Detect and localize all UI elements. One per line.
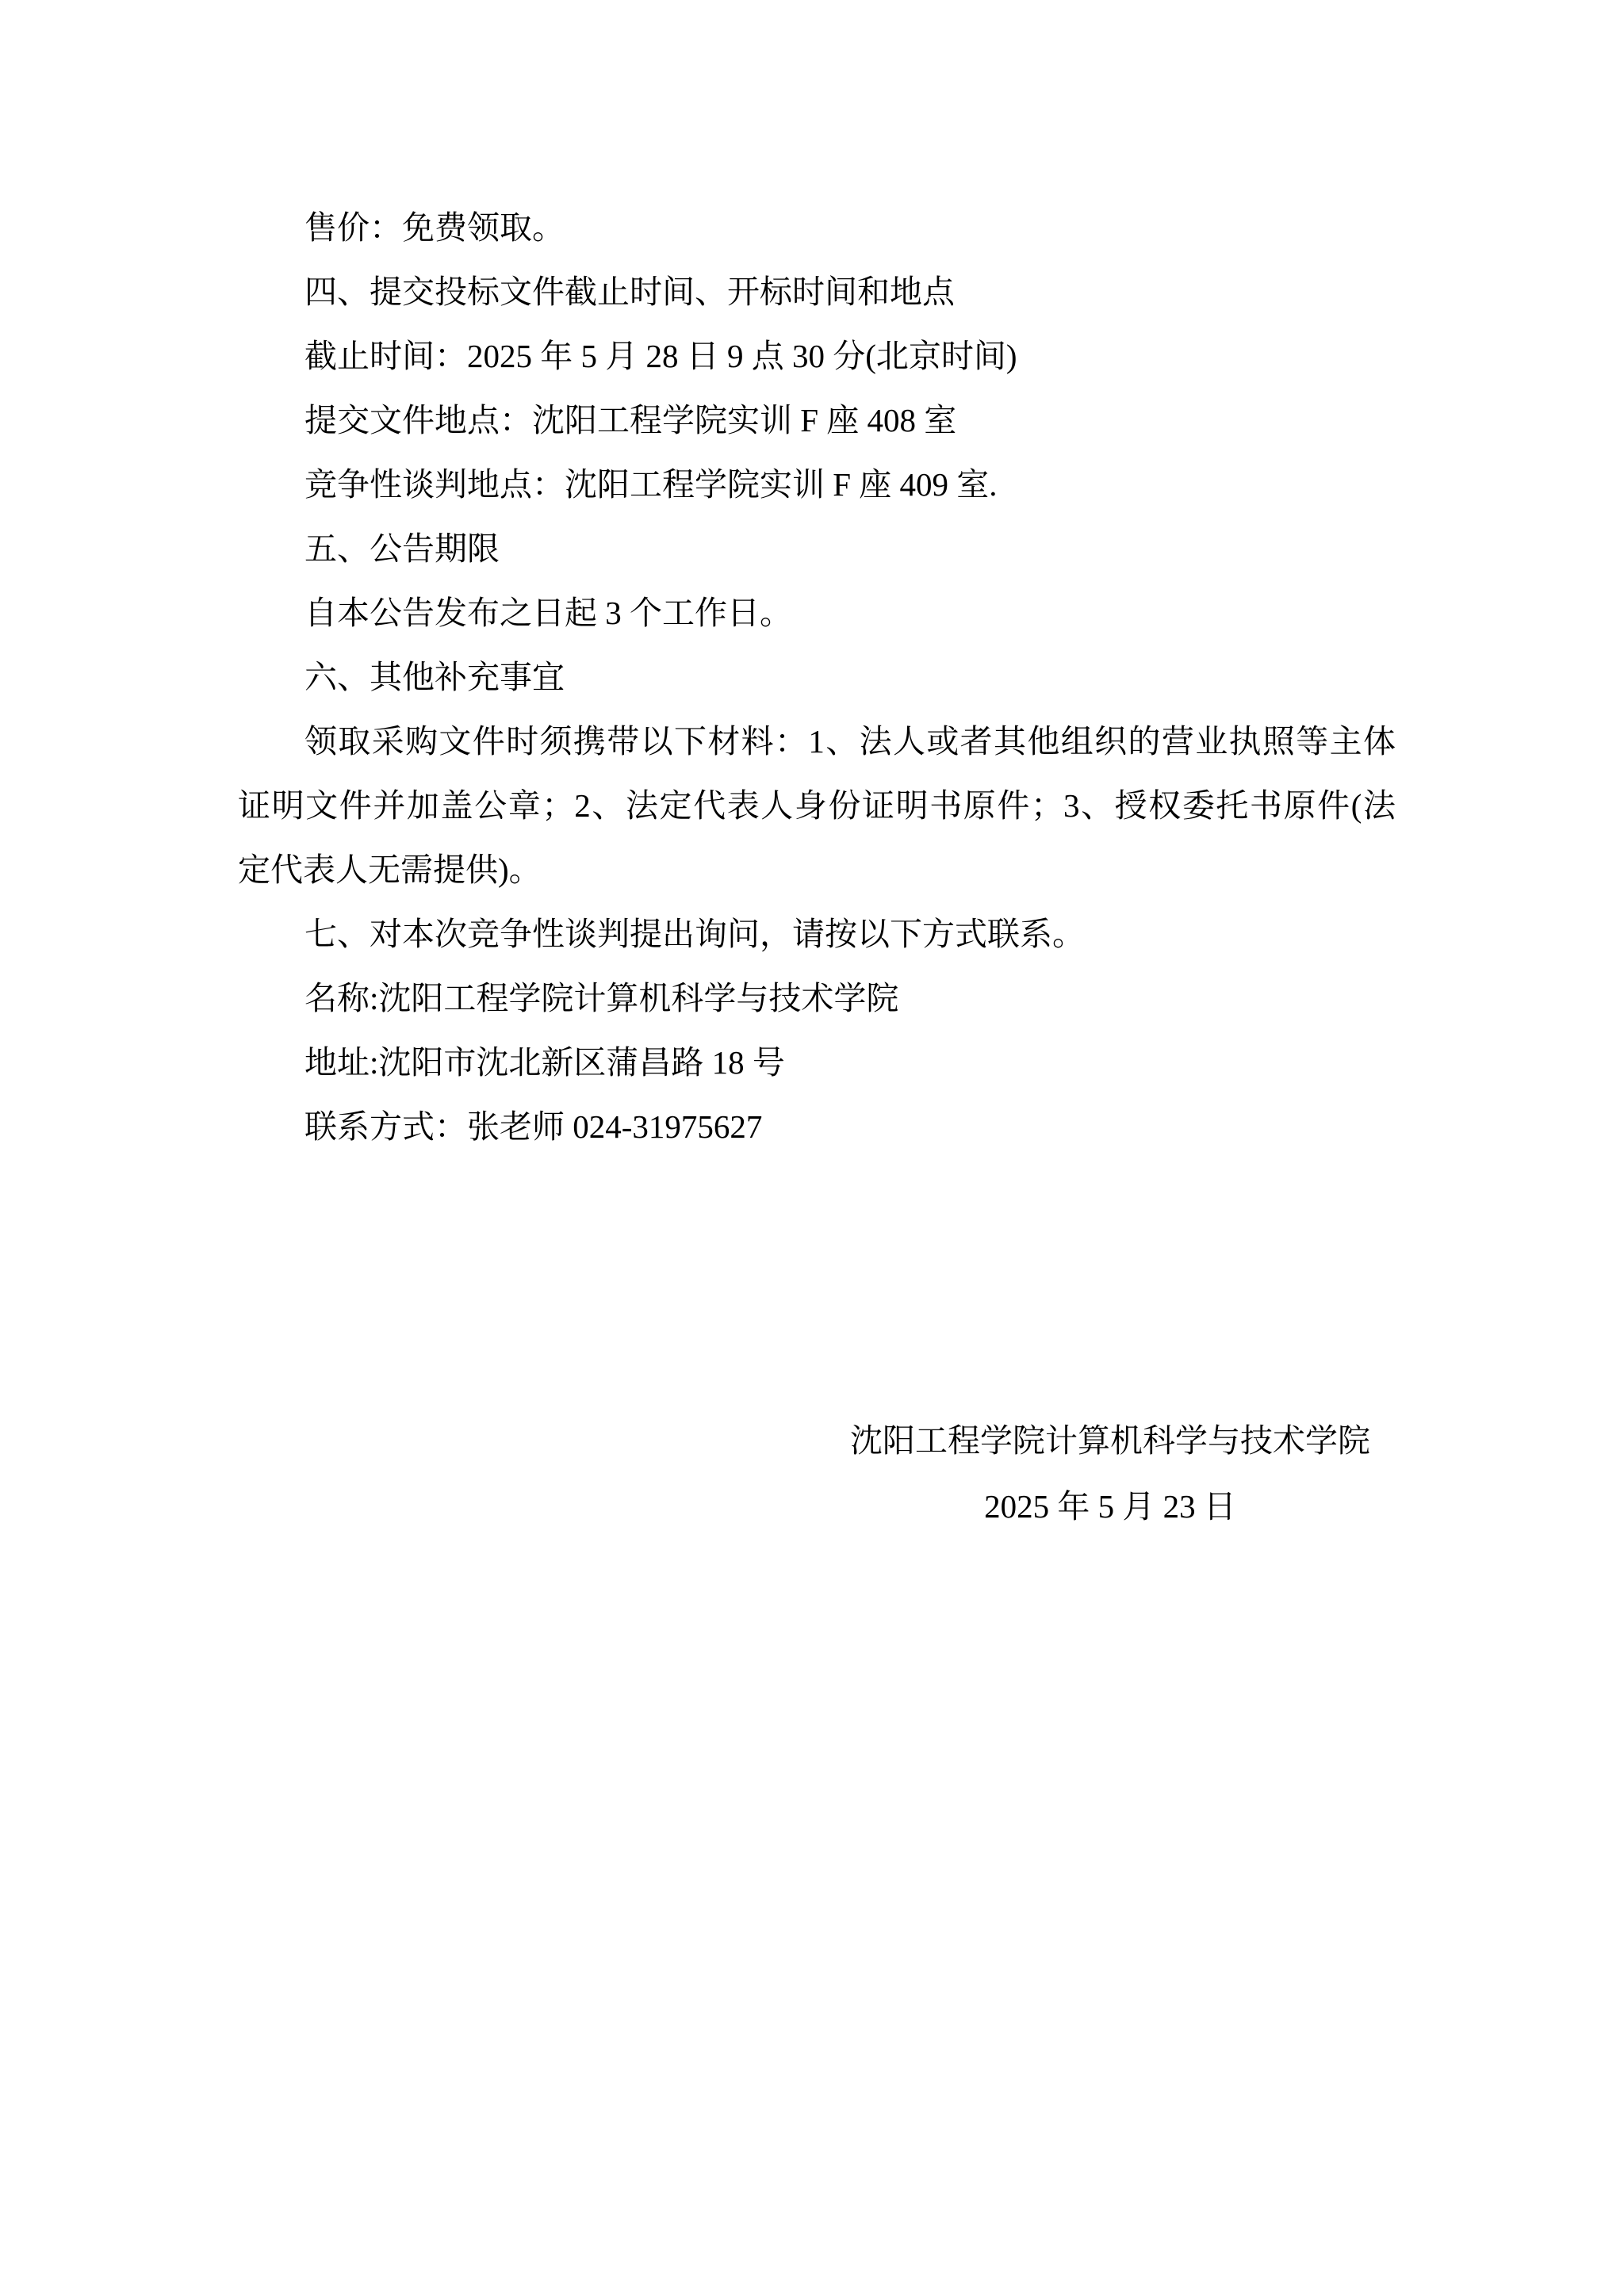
signature-date: 2025 年 5 月 23 日 bbox=[595, 1474, 1624, 1540]
materials-line-2: 证明文件并加盖公章；2、法定代表人身份证明书原件；3、授权委托书原件(法 bbox=[238, 774, 1396, 838]
section-6-heading: 六、其他补充事宜 bbox=[238, 645, 1396, 710]
negotiation-location-line: 竞争性谈判地点：沈阳工程学院实训 F 座 409 室. bbox=[238, 453, 1396, 517]
signature-organization: 沈阳工程学院计算机科学与技术学院 bbox=[595, 1408, 1624, 1474]
announcement-period-line: 自本公告发布之日起 3 个工作日。 bbox=[238, 581, 1396, 645]
document-page: 售价：免费领取。 四、提交投标文件截止时间、开标时间和地点 截止时间：2025 … bbox=[0, 0, 1624, 2296]
submission-location-line: 提交文件地点：沈阳工程学院实训 F 座 408 室 bbox=[238, 388, 1396, 453]
materials-line-3: 定代表人无需提供)。 bbox=[238, 838, 1396, 902]
section-4-heading: 四、提交投标文件截止时间、开标时间和地点 bbox=[238, 260, 1396, 324]
contact-name-line: 名称:沈阳工程学院计算机科学与技术学院 bbox=[238, 966, 1396, 1031]
contact-address-line: 地址:沈阳市沈北新区蒲昌路 18 号 bbox=[238, 1031, 1396, 1095]
signature-block: 沈阳工程学院计算机科学与技术学院 2025 年 5 月 23 日 bbox=[595, 1408, 1624, 1540]
section-7-heading: 七、对本次竞争性谈判提出询问，请按以下方式联系。 bbox=[238, 902, 1396, 966]
deadline-time-line: 截止时间：2025 年 5 月 28 日 9 点 30 分(北京时间) bbox=[238, 324, 1396, 388]
materials-line-1: 领取采购文件时须携带以下材料：1、法人或者其他组织的营业执照等主体 bbox=[238, 710, 1396, 774]
section-5-heading: 五、公告期限 bbox=[238, 517, 1396, 581]
contact-phone-line: 联系方式：张老师 024-31975627 bbox=[238, 1095, 1396, 1159]
price-line: 售价：免费领取。 bbox=[238, 196, 1396, 260]
document-body: 售价：免费领取。 四、提交投标文件截止时间、开标时间和地点 截止时间：2025 … bbox=[238, 196, 1396, 1159]
